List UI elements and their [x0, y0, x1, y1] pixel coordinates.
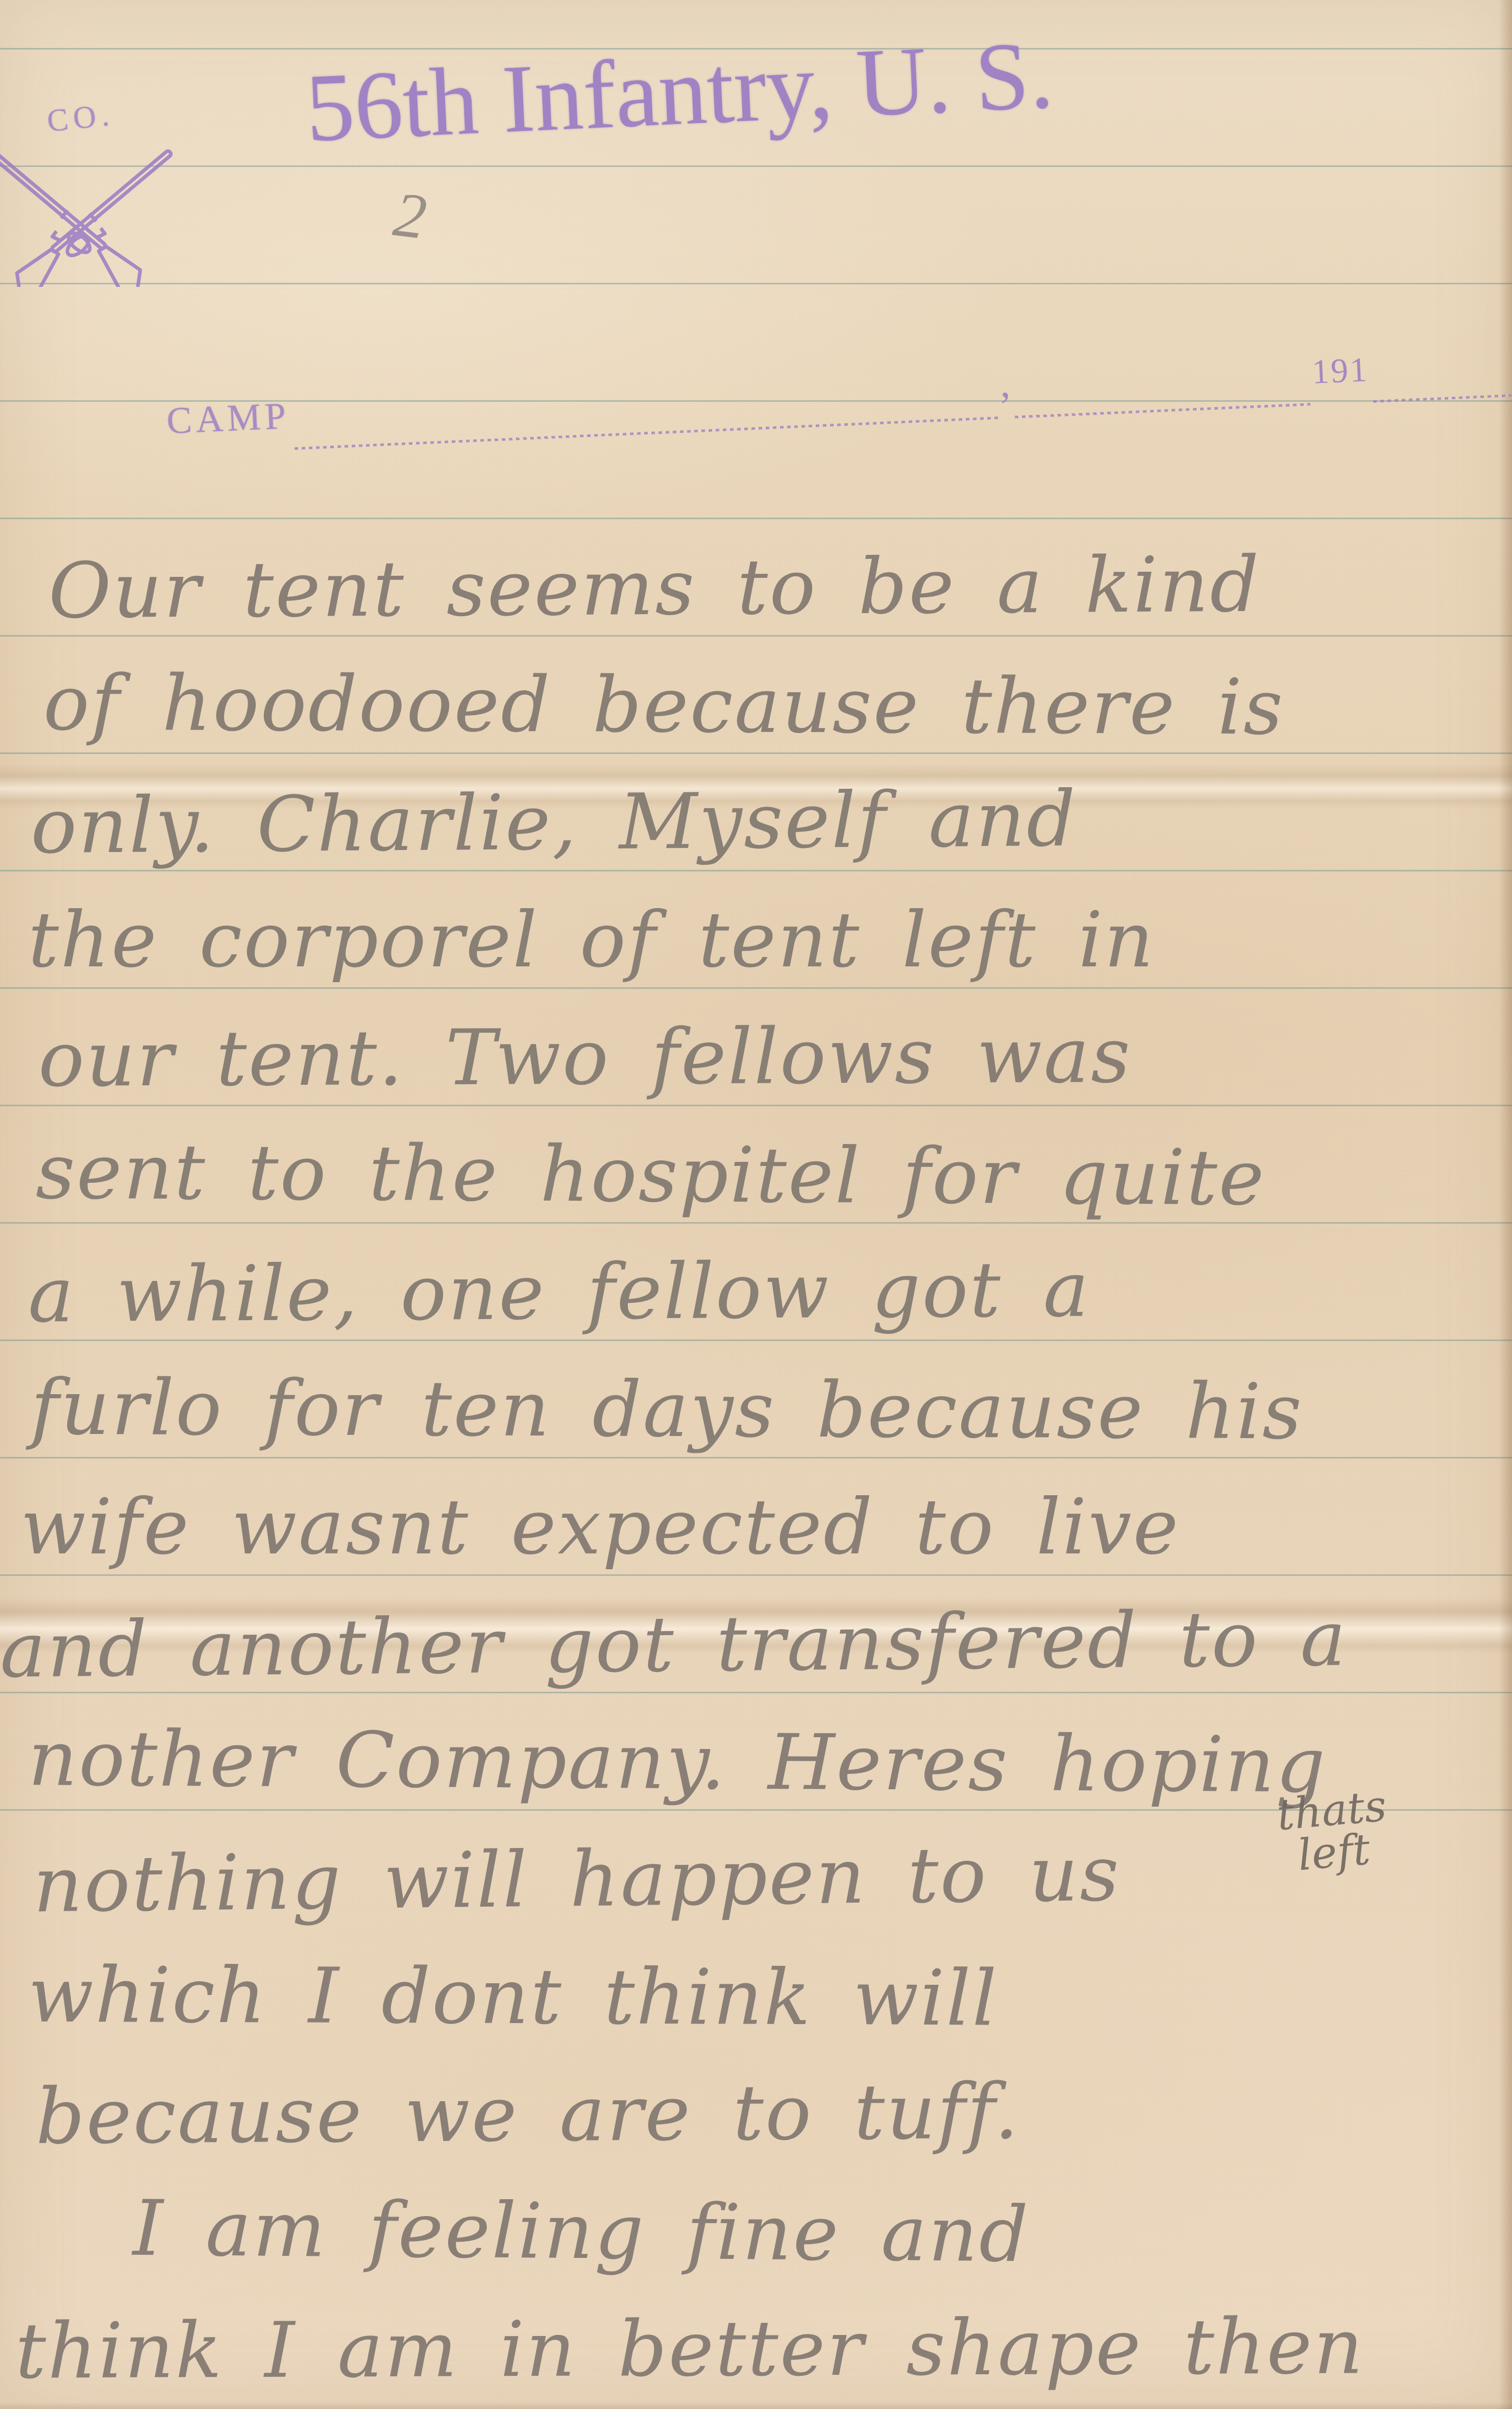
handwritten-line-2: of hoodooed because there is: [43, 665, 1284, 746]
handwritten-line-11: nother Company. Heres hoping: [28, 1720, 1327, 1804]
handwritten-line-6: sent to the hospitel for quite: [36, 1134, 1266, 1217]
year-blank-leader: [1373, 394, 1511, 403]
letter-page: CO. 56th Infantry, U. S. 2 CAMP , 191 Ou…: [0, 0, 1512, 2409]
handwritten-line-10: and another got transfered to a: [0, 1600, 1348, 1689]
year-prefix: 191: [1311, 349, 1369, 392]
handwritten-line-9: wife wasnt expected to live: [20, 1489, 1180, 1566]
handwritten-line-3: only. Charlie, Myself and: [31, 781, 1078, 865]
rifle-left: [0, 139, 155, 287]
handwritten-line-13: which I dont think will: [28, 1957, 998, 2037]
handwritten-line-8: furlo for ten days because his: [31, 1370, 1304, 1451]
crossed-rifles-icon: [0, 129, 176, 287]
inserted-word-left: left: [1296, 1827, 1392, 1877]
rifle-right: [3, 142, 176, 287]
handwritten-line-16: think I am in better shape then: [15, 2308, 1364, 2390]
inserted-correction: thats left: [1275, 1785, 1392, 1878]
handwritten-line-5: our tent. Two fellows was: [38, 1017, 1132, 1098]
handwritten-line-7: a while, one fellow got a: [28, 1252, 1091, 1334]
camp-label: CAMP: [166, 395, 291, 443]
comma-separator: ,: [999, 360, 1011, 407]
handwritten-line-14: because we are to tuff.: [36, 2074, 1020, 2155]
paper-edge-shadow-bottom: [0, 2402, 1512, 2409]
handwritten-line-15: I am feeling fine and: [132, 2191, 1030, 2273]
handwritten-line-1: Our tent seems to be a kind: [48, 547, 1261, 629]
handwritten-line-4: the corporel of tent left in: [28, 902, 1155, 979]
handwritten-line-12: nothing will happen to us: [33, 1836, 1121, 1924]
